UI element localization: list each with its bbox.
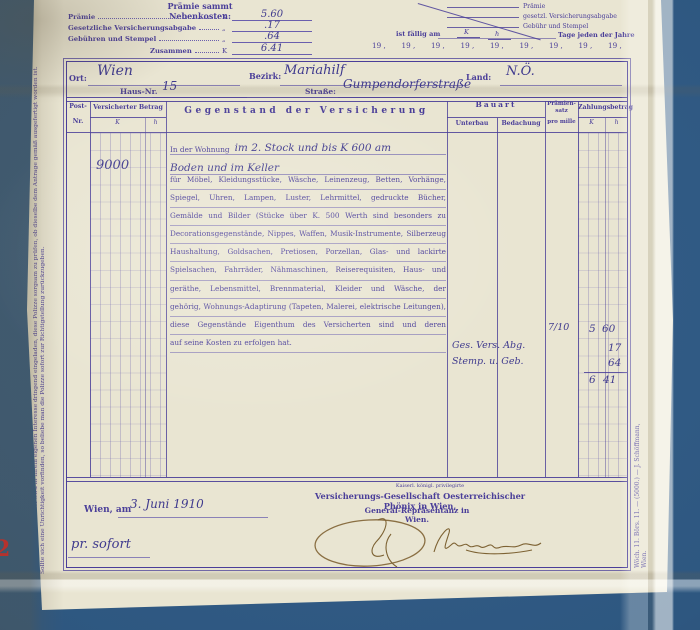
schedule-row: Gebühr und Stempel xyxy=(447,20,627,30)
premium-h: 60 xyxy=(602,323,615,335)
stamp-signature xyxy=(372,519,397,567)
insured-amount: 9000 xyxy=(96,158,129,173)
paragraph-line: Spiegel, Uhren, Lampen, Luster, Lehrmitt… xyxy=(170,190,446,208)
place-date-label: Wien, am xyxy=(84,505,131,515)
schedule-row: gesetzl. Versicherungsabgabe xyxy=(447,10,627,20)
fill-line xyxy=(447,7,519,8)
strasse-value: Gumpendorferstraße xyxy=(343,77,471,91)
ort-label: Ort: xyxy=(69,73,87,83)
col-gegenstand: Gegenstand der Versicherung xyxy=(166,106,447,116)
bezirk-label: Bezirk: xyxy=(249,71,281,81)
schedule-label: gesetzl. Versicherungsabgabe xyxy=(523,13,617,20)
wohnung-line-1: In der Wohnung im 2. Stock und bis K 600… xyxy=(170,136,446,155)
summary-row: Gebühren und Stempel „ .64 xyxy=(68,32,312,43)
paragraph-line: geräthe, Lebensmittel, Brennmaterial, Kl… xyxy=(170,281,446,299)
leader-dots xyxy=(159,40,219,41)
table-bottom-rule xyxy=(66,477,627,482)
col-unterbau: Unterbau xyxy=(447,120,497,127)
column-subline xyxy=(145,118,146,477)
fill-line xyxy=(447,27,519,28)
policy-photo: Prämie sammt Nebenkosten: Prämie K 5.60 … xyxy=(0,0,700,630)
summary-total-row: Zusammen K 6.41 xyxy=(150,44,312,55)
schedule-row: Prämie xyxy=(447,0,627,10)
column-line xyxy=(545,101,546,477)
sum-rule xyxy=(584,372,628,373)
ort-value: Wien xyxy=(97,63,133,79)
land-value: N.Ö. xyxy=(506,64,535,79)
stempel-h: 64 xyxy=(608,357,621,369)
paper-sheet: Prämie sammt Nebenkosten: Prämie K 5.60 … xyxy=(0,0,700,630)
year-entry: 19 xyxy=(402,41,432,50)
currency-mark: K xyxy=(222,13,232,21)
rate-value: 7/10 xyxy=(548,322,569,333)
col-praemie-3: pro mille xyxy=(545,119,578,125)
payment-note-underline xyxy=(68,557,150,558)
year-entry: 19 xyxy=(431,41,461,50)
col-zahlungsbetrag: Zahlungsbetrag xyxy=(578,104,628,111)
summary-label: Gebühren und Stempel xyxy=(68,35,156,43)
due-years: 191919191919191919 xyxy=(372,41,644,50)
year-entry: 19 xyxy=(372,41,402,50)
money-ruling-right xyxy=(578,133,628,477)
wohnung-printed: In der Wohnung xyxy=(170,145,230,154)
payment-note-handwriting: pr. sofort xyxy=(71,537,131,552)
fill-line xyxy=(447,17,519,18)
leader-dots xyxy=(199,29,219,30)
year-entry: 19 xyxy=(520,41,550,50)
column-line xyxy=(166,101,167,477)
year-entry: 19 xyxy=(461,41,491,50)
h-line xyxy=(488,39,511,40)
leader-dots xyxy=(98,18,219,19)
schedule-label: Prämie xyxy=(523,3,545,10)
abgabe-note: Ges. Vers. Abg. xyxy=(452,340,525,351)
column-line xyxy=(90,101,91,477)
red-mark: 2 xyxy=(0,536,10,562)
leader-dots xyxy=(195,52,219,53)
col-praemie-2: satz xyxy=(545,108,578,114)
year-entry: 19 xyxy=(549,41,579,50)
total-h: 41 xyxy=(603,374,616,386)
col-h: h xyxy=(145,119,166,126)
col-bedachung: Bedachung xyxy=(497,120,545,127)
col-post-2: Nr. xyxy=(67,118,89,125)
schedule-label: Gebühr und Stempel xyxy=(523,23,588,30)
col-versicherter-betrag: Versicherter Betrag xyxy=(90,104,166,111)
date-underline xyxy=(118,517,268,518)
col-post-1: Post- xyxy=(67,103,89,110)
paragraph-line: auf seine Kosten zu erfolgen hat. xyxy=(170,335,446,353)
strasse-label: Straße: xyxy=(305,87,336,96)
signature-right xyxy=(428,520,548,564)
hausnr-value: 15 xyxy=(162,79,177,93)
col-bauart: Bauart xyxy=(447,100,545,109)
currency-h: h xyxy=(495,30,499,38)
header-bottom-rule xyxy=(66,132,627,133)
column-line xyxy=(497,118,498,477)
land-underline xyxy=(500,85,622,86)
paragraph-line: gehörig, Wohnungs-Adaptirung (Tapeten, M… xyxy=(170,299,446,317)
due-prefix: ist fällig am xyxy=(396,30,440,38)
left-margin-note: ☞ Die versicherte Partei wird in ihrem e… xyxy=(33,58,47,574)
header-subline xyxy=(90,117,166,118)
summary-total-value: 6.41 xyxy=(232,43,312,55)
header-subline xyxy=(447,117,545,118)
wohnung-handwriting-1: im 2. Stock und bis K 600 am xyxy=(235,142,392,154)
currency-mark: K xyxy=(222,47,232,55)
header-subline xyxy=(578,117,628,118)
year-entry: 19 xyxy=(490,41,520,50)
due-suffix: Tage jeden der Jahre xyxy=(558,31,635,39)
paragraph-line: Gemälde und Bilder (Stücke über K. 500 W… xyxy=(170,208,446,226)
abgabe-h: 17 xyxy=(608,342,621,354)
paragraph-line: diese Gegenstände Eigenthum des Versiche… xyxy=(170,317,446,335)
column-subline xyxy=(605,118,606,477)
paragraph-line: Spielsachen, Fahrräder, Nähmaschinen, Re… xyxy=(170,262,446,280)
printer-imprint: Wöch. 11. Börs. 11. — (5000.) — J. Schöf… xyxy=(634,406,648,568)
summary-label: Zusammen xyxy=(150,47,192,55)
currency-mark: „ xyxy=(222,35,232,43)
summary-label: Prämie xyxy=(68,13,95,21)
col-k: K xyxy=(90,119,145,126)
oval-stamp xyxy=(312,516,432,572)
privilege-line: Kaiserl. königl. privilegirte xyxy=(390,483,470,489)
hausnr-label: Haus-Nr. xyxy=(120,87,157,96)
paragraph-line: Haushaltung, Goldsachen, Pretiosen, Porz… xyxy=(170,244,446,262)
summary-value: .64 xyxy=(232,31,312,43)
currency-mark: „ xyxy=(222,24,232,32)
year-entry: 19 xyxy=(608,41,638,50)
col-zh: h xyxy=(605,119,628,126)
paragraph-line: für Möbel, Kleidungsstücke, Wäsche, Lein… xyxy=(170,172,446,190)
premium-k: 5 xyxy=(589,323,596,335)
col-praemie-1: Prämien- xyxy=(545,101,578,107)
stempel-note: Stemp. u. Geb. xyxy=(452,356,524,367)
col-zk: K xyxy=(578,119,605,126)
column-line xyxy=(578,101,579,477)
bezirk-value: Mariahilf xyxy=(284,63,345,78)
total-k: 6 xyxy=(589,374,596,386)
due-fill-line xyxy=(438,38,556,39)
paragraph-line: Decorationsgegenstände, Nippes, Waffen, … xyxy=(170,226,446,244)
currency-k: K xyxy=(464,28,469,36)
summary-label: Gesetzliche Versicherungsabgabe xyxy=(68,24,196,32)
column-line xyxy=(447,101,448,477)
date-handwriting: 3. Juni 1910 xyxy=(130,497,204,511)
year-entry: 19 xyxy=(579,41,609,50)
money-ruling-left xyxy=(90,133,166,477)
insured-items-paragraph: für Möbel, Kleidungsstücke, Wäsche, Lein… xyxy=(170,172,446,353)
